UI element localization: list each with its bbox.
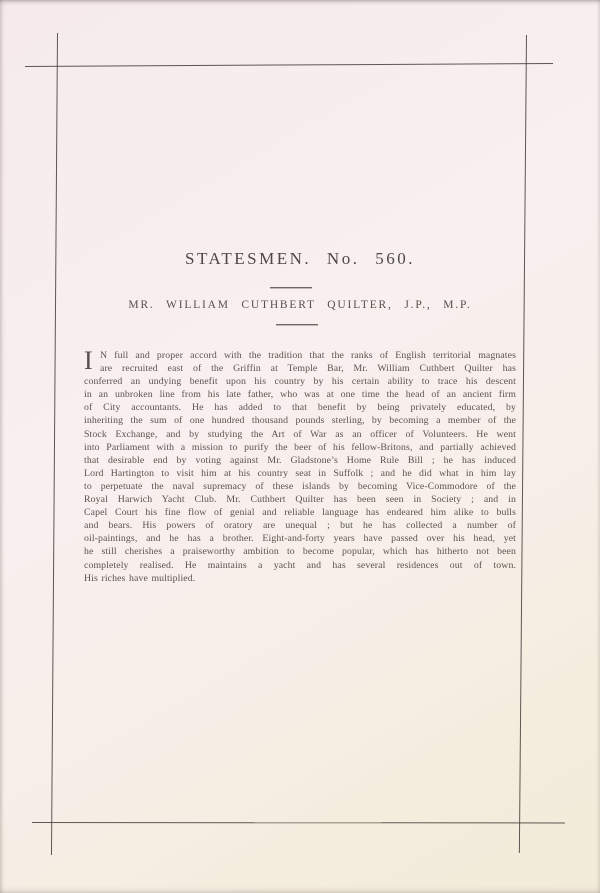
divider-rule-bottom: [276, 324, 318, 326]
plate-border-right: [519, 35, 527, 853]
series-title: STATESMEN. No. 560.: [0, 250, 600, 269]
article-line: are recruited east of the Griffin at Tem…: [84, 362, 516, 375]
divider-rule-top: [270, 287, 312, 289]
article-line: Stock Exchange, and by studying the Art …: [84, 428, 516, 441]
article-line: N full and proper accord with the tradit…: [84, 349, 516, 362]
article-line: that desirable end by voting against Mr.…: [84, 454, 516, 467]
article-line: Lord Hartington to visit him at his coun…: [84, 467, 516, 480]
drop-cap: I: [84, 348, 93, 374]
article-line: in an unbroken line from his late father…: [84, 388, 516, 401]
article-line: Royal Harwich Yacht Club. Mr. Cuthbert Q…: [84, 493, 516, 506]
article-line: oil-paintings, and he has a brother. Eig…: [84, 532, 516, 545]
plate-border-bottom: [32, 822, 565, 823]
article-lines: N full and proper accord with the tradit…: [84, 349, 516, 585]
subject-name: MR. WILLIAM CUTHBERT QUILTER, J.P., M.P.: [0, 299, 600, 313]
plate-border-top: [25, 63, 553, 67]
article-line: conferred an undying benefit upon his co…: [84, 375, 516, 388]
article-line: to perpetuate the naval supremacy of the…: [84, 480, 516, 493]
plate-border-left: [51, 33, 58, 855]
article-line: and bears. His powers of oratory are une…: [84, 519, 516, 532]
article-line: of City accountants. He has added to tha…: [84, 401, 516, 414]
article-line: Capel Court his fine flow of genial and …: [84, 506, 516, 519]
article-line: inheriting the sum of one hundred thousa…: [84, 414, 516, 427]
scanned-page: STATESMEN. No. 560. MR. WILLIAM CUTHBERT…: [0, 0, 600, 893]
article-line: into Parliament with a mission to purify…: [84, 441, 516, 454]
article-line: completely realised. He maintains a yach…: [84, 559, 516, 572]
article-body: I N full and proper accord with the trad…: [84, 349, 516, 585]
article-line: His riches have multiplied.: [84, 572, 516, 585]
article-line: he still cherishes a praiseworthy ambiti…: [84, 545, 516, 558]
